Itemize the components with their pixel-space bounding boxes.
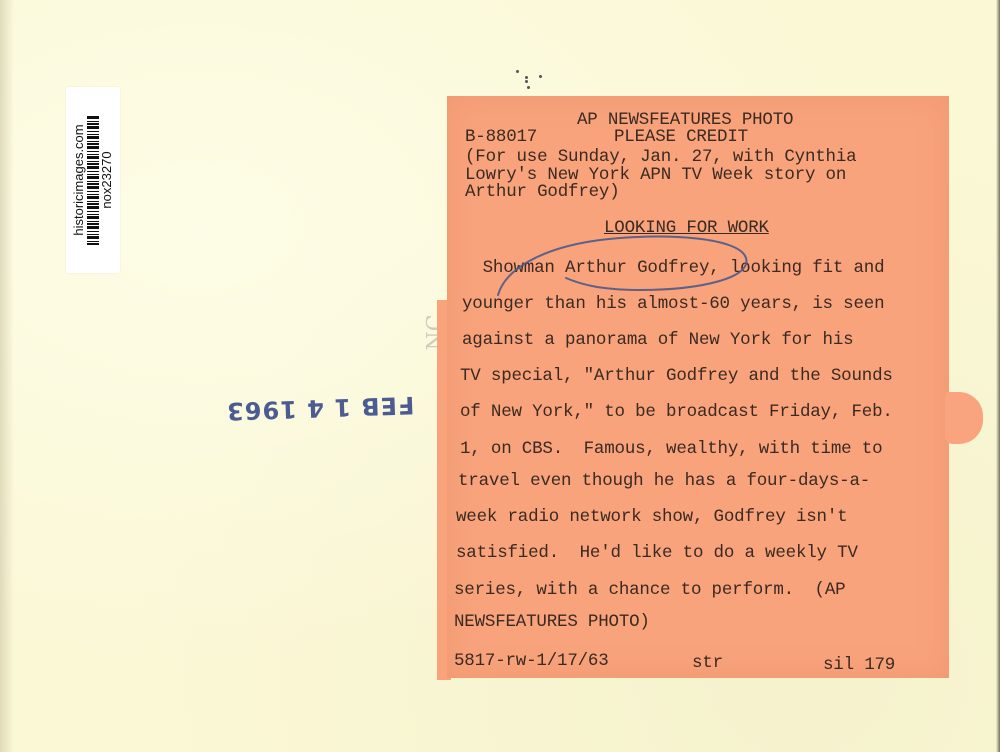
barcode-label: historicimages.com nox23270: [66, 87, 120, 273]
body-line-7: travel even though he has a four-days-a-: [458, 463, 870, 499]
body-line-9: satisfied. He'd like to do a weekly TV: [456, 535, 858, 571]
paper-left-shadow: [0, 0, 14, 752]
credit-line: PLEASE CREDIT: [614, 128, 748, 146]
body-line-10: series, with a chance to perform. (AP: [454, 572, 845, 608]
caption-sheet-tab: [945, 392, 983, 444]
date-stamp: FEB 1 4 1963: [226, 391, 415, 426]
body-line-1: Showman Arthur Godfrey, looking fit and: [462, 250, 884, 286]
headline: LOOKING FOR WORK: [604, 219, 769, 237]
body-line-3: against a panorama of New York for his: [462, 322, 853, 358]
body-line-8: week radio network show, Godfrey isn't: [456, 499, 847, 535]
usage-note-line-1: (For use Sunday, Jan. 27, with Cynthia: [465, 148, 856, 166]
paper-right-edge: [996, 0, 1000, 752]
body-line-6: 1, on CBS. Famous, wealthy, with time to: [460, 431, 882, 467]
usage-note-line-3: Arthur Godfrey): [465, 183, 620, 201]
barcode-site-text: historicimages.com: [72, 124, 86, 235]
footer-sil: sil 179: [823, 656, 895, 674]
body-line-2: younger than his almost-60 years, is see…: [462, 286, 884, 322]
body-line-5: of New York," to be broadcast Friday, Fe…: [460, 394, 893, 430]
footer-ref: 5817-rw-1/17/63: [454, 652, 609, 670]
barcode-icon: [87, 115, 99, 245]
footer-code: str: [692, 654, 723, 672]
barcode-id-text: nox23270: [100, 151, 114, 208]
body-line-4: TV special, "Arthur Godfrey and the Soun…: [460, 358, 893, 394]
photo-number: B-88017: [465, 128, 537, 146]
ink-specks: [512, 62, 572, 92]
body-line-11: NEWSFEATURES PHOTO): [454, 604, 650, 640]
